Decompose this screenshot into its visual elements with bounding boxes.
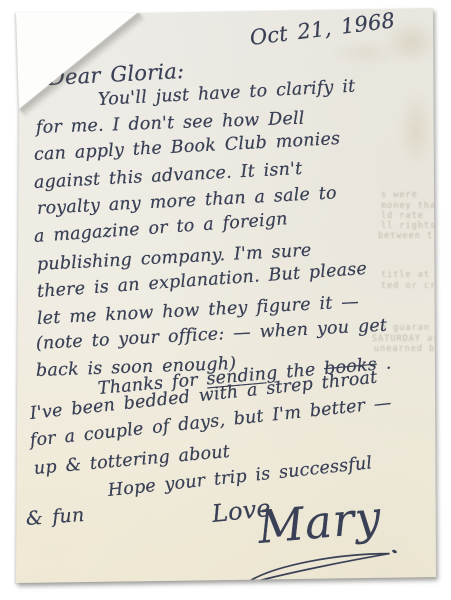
bleed-fragment: ted or cr: [381, 281, 436, 291]
photo-backdrop: s were money that ld rate ll rights betw…: [0, 0, 451, 600]
bleed-fragment: money that: [381, 201, 442, 211]
bleed-fragment: s were: [381, 190, 418, 200]
closing-left: & fun: [25, 504, 85, 530]
letter-paper: s were money that ld rate ll rights betw…: [0, 0, 451, 600]
signature-flourish: [245, 545, 396, 586]
bleed-fragment: ll rights: [381, 221, 436, 231]
letter-sheet: s were money that ld rate ll rights betw…: [0, 0, 451, 600]
bleed-through-smudge: [398, 92, 434, 166]
bleed-fragment: unearned bal: [374, 344, 447, 354]
bleed-fragment: b guaran: [381, 323, 430, 333]
bleed-fragment: title at: [381, 270, 430, 280]
letter-date: Oct 21, 1968: [249, 8, 397, 50]
bleed-through-smudge: [330, 40, 400, 66]
thanks-suffix: .: [376, 353, 392, 374]
bleed-fragment: between t: [378, 231, 433, 241]
bleed-fragment: ld rate: [381, 211, 424, 221]
signature: Mary: [256, 490, 384, 554]
